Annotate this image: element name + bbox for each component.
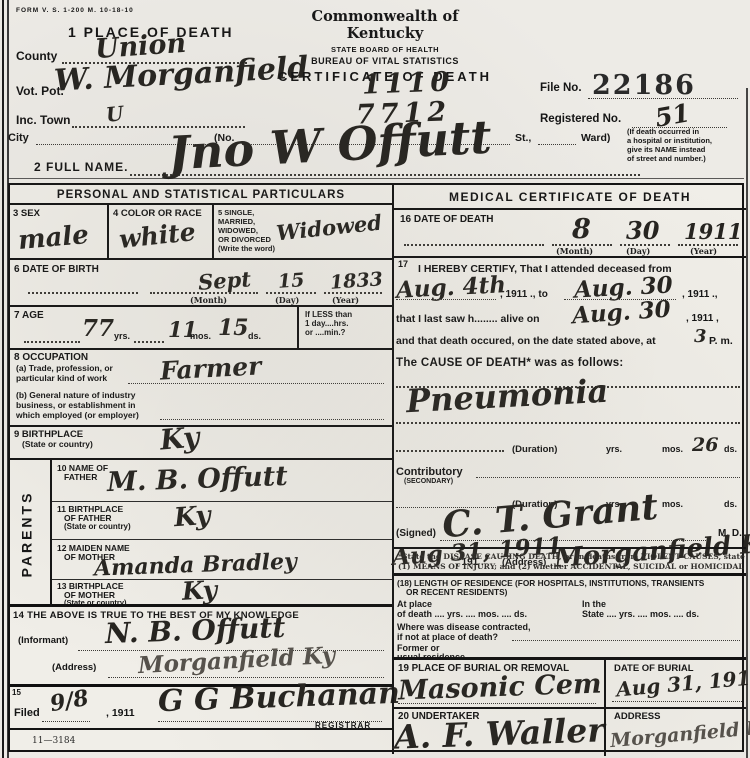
- informant-block: 14 THE ABOVE IS TRUE TO THE BEST OF MY K…: [10, 607, 392, 687]
- in-state-line1: In the: [582, 599, 606, 609]
- marital-label-line3: WIDOWED,: [218, 226, 275, 235]
- filed-label: Filed: [14, 707, 40, 719]
- occupation-b-line2: business, or establishment in: [16, 400, 136, 410]
- contributory-line: [476, 476, 740, 478]
- burial-date-cell: DATE OF BURIAL Aug 31, 1911: [604, 660, 748, 710]
- occupation-value: Farmer: [159, 353, 261, 383]
- certify-number: 17: [398, 259, 408, 269]
- age-line-2: [134, 341, 164, 343]
- father-name-value: M. B. Offutt: [107, 463, 289, 496]
- inc-town-label: Inc. Town: [16, 113, 70, 127]
- burial-place-cell: 19 PLACE OF BURIAL OR REMOVAL Masonic Ce…: [394, 660, 604, 710]
- attended-from-line: [396, 298, 496, 300]
- personal-section-bar: PERSONAL AND STATISTICAL PARTICULARS: [10, 185, 392, 205]
- marital-label-line1: 5 SINGLE,: [218, 208, 275, 217]
- father-name-cell: 10 NAME OF FATHER M. B. Offutt: [52, 460, 392, 502]
- father-name-label-line2: FATHER: [64, 472, 97, 482]
- informant-value: N. B. Offutt: [105, 614, 286, 648]
- secondary-label: (SECONDARY): [404, 478, 453, 485]
- dob-year-caption: (Year): [332, 295, 359, 305]
- city-label: City: [8, 132, 29, 144]
- less-than-day-cell: If LESS than 1 day....hrs. or ....min.?: [297, 307, 392, 350]
- county-label: County: [16, 49, 57, 63]
- marital-label-line5: (Write the word): [218, 244, 275, 253]
- stamp-number-bottom: 7712: [356, 98, 452, 128]
- dob-row: 6 DATE OF BIRTH Sept 15 1833 (Month) (Da…: [10, 260, 392, 307]
- cause-duration-label: (Duration): [512, 444, 557, 455]
- undertaker-address-label: ADDRESS: [614, 711, 660, 722]
- medical-column: MEDICAL CERTIFICATE OF DEATH 16 DATE OF …: [392, 185, 746, 754]
- less-than-line2: 1 day....hrs.: [305, 319, 392, 328]
- footnote-line2: (1) MEANS OF INJURY; and (2) whether ACC…: [394, 561, 746, 571]
- cause-duration-value: 26: [692, 436, 718, 455]
- burial-place-value: Masonic Cem: [398, 670, 602, 704]
- less-than-line3: or ....min.?: [305, 328, 392, 337]
- father-bp-value: Ky: [173, 503, 211, 531]
- hospital-note-line4: of street and number.): [627, 154, 743, 163]
- cause-line-2: [396, 422, 740, 424]
- medical-section-bar: MEDICAL CERTIFICATE OF DEATH: [394, 185, 746, 210]
- marital-cell: 5 SINGLE, MARRIED, WIDOWED, OR DIVORCED …: [212, 205, 392, 260]
- lastseen-value: Aug. 30: [571, 298, 671, 328]
- dod-month-value: 8: [572, 216, 591, 243]
- parents-block: PARENTS 10 NAME OF FATHER M. B. Offutt 1…: [10, 460, 392, 607]
- lastseen-year: , 1911 ,: [686, 313, 719, 324]
- sex-cell: 3 SEX male: [10, 205, 107, 260]
- contracted-line1: Where was disease contracted,: [397, 622, 531, 632]
- burial-date-line: [612, 700, 742, 702]
- lastseen-print: that I last saw h........ alive on: [396, 313, 540, 325]
- footnote-row: *State the DISEASE CAUSING DEATH, or in …: [394, 547, 746, 573]
- filed-row: 15 Filed 9/8 , 1911 G G Buchanan REGISTR…: [10, 687, 392, 730]
- marital-label-line4: OR DIVORCED: [218, 235, 275, 244]
- dob-label: 6 DATE OF BIRTH: [14, 264, 99, 275]
- cause-dur-ds: ds.: [724, 444, 737, 454]
- dod-label: 16 DATE OF DEATH: [400, 214, 494, 225]
- race-value: white: [118, 219, 197, 252]
- dod-row: 16 DATE OF DEATH 8 30 1911 (Month) (Day)…: [394, 210, 746, 258]
- death-certificate-scan: FORM V. S. 1-200 M. 10-18-10 1 PLACE OF …: [0, 0, 750, 758]
- occurred-print: and that death occured, on the date stat…: [396, 335, 656, 347]
- footnote-line1: *State the DISEASE CAUSING DEATH, or in …: [394, 549, 746, 561]
- medical-section-title: MEDICAL CERTIFICATE OF DEATH: [449, 190, 691, 204]
- header-separator-hairline: [8, 178, 744, 179]
- dob-line-3: [266, 292, 316, 294]
- sex-label: 3 SEX: [13, 208, 40, 219]
- at-place-line2: of death .... yrs. .... mos. .... ds.: [397, 609, 527, 619]
- residence-heading-line2: OR RECENT RESIDENTS): [406, 587, 507, 597]
- hospital-note-line1: (If death occurred in: [627, 127, 743, 136]
- inc-town-value: U: [105, 103, 124, 125]
- filed-date-line: [42, 720, 90, 722]
- personal-section-title: PERSONAL AND STATISTICAL PARTICULARS: [57, 189, 345, 201]
- form-number: FORM V. S. 1-200 M. 10-18-10: [16, 7, 134, 14]
- occupation-b-line3: which employed (or employer): [16, 410, 139, 420]
- hospital-note: (If death occurred in a hospital or inst…: [627, 127, 743, 163]
- city-st-label: St.,: [515, 132, 531, 144]
- death-time-value: 3: [694, 328, 707, 346]
- contributory-dur-ds: ds.: [724, 499, 737, 509]
- dod-year-caption: (Year): [690, 246, 717, 256]
- scan-spine-line-outer: [2, 0, 4, 758]
- age-days-value: 15: [218, 317, 249, 339]
- stamp-number-top: 1110: [362, 68, 454, 98]
- dob-day-caption: (Day): [275, 295, 299, 305]
- hospital-note-line3: give its NAME instead: [627, 145, 743, 154]
- registrar-label: REGISTRAR: [315, 721, 371, 730]
- dod-month-caption: (Month): [556, 246, 593, 256]
- dob-day-value: 15: [277, 271, 305, 292]
- age-label: 7 AGE: [14, 310, 44, 321]
- father-birthplace-cell: 11 BIRTHPLACE OF FATHER (State or countr…: [52, 502, 392, 540]
- cause-dur-yrs: yrs.: [606, 444, 622, 454]
- registered-no-value: 51: [653, 100, 692, 131]
- filed-year-print: , 1911: [106, 707, 135, 719]
- commonwealth-title: Commonwealth of Kentucky: [272, 8, 498, 42]
- age-ds-unit: ds.: [248, 331, 261, 341]
- undertaker-cell: 20 UNDERTAKER A. F. Waller: [394, 709, 604, 756]
- city-ward-label: Ward): [581, 132, 610, 144]
- birthplace-value: Ky: [159, 423, 201, 454]
- signed-label: (Signed): [396, 528, 436, 539]
- occupation-a-line1: (a) Trade, profession, or: [16, 363, 113, 373]
- birthplace-sub-label: (State or country): [22, 439, 93, 449]
- registered-no-label: Registered No.: [540, 113, 621, 125]
- mother-bp-label-line3: (State or country): [64, 598, 127, 607]
- parents-vertical-label: PARENTS: [18, 491, 34, 578]
- hospital-note-line2: a hospital or institution,: [627, 136, 743, 145]
- cause-label: The CAUSE OF DEATH* was as follows:: [396, 357, 624, 369]
- marital-label-line2: MARRIED,: [218, 217, 275, 226]
- mother-name-cell: 12 MAIDEN NAME OF MOTHER Amanda Bradley: [52, 540, 392, 580]
- attended-from-year: , 1911 ., to: [500, 289, 548, 300]
- dob-line-1: [28, 292, 138, 294]
- vitals-row: 3 SEX male 4 COLOR OR RACE white 5 SINGL…: [10, 205, 392, 260]
- undertaker-value: A. F. Waller: [393, 713, 605, 753]
- undertaker-row: 20 UNDERTAKER A. F. Waller ADDRESS Morga…: [394, 707, 746, 754]
- cause-value: Pneumonia: [405, 375, 609, 418]
- in-state-line2: State .... yrs. .... mos. .... ds.: [582, 609, 699, 619]
- at-place-line1: At place: [397, 599, 432, 609]
- city-st-line: [538, 143, 576, 145]
- file-no-label: File No.: [540, 82, 582, 94]
- state-board-title: STATE BOARD OF HEALTH: [272, 45, 498, 54]
- scan-right-edge-line: [746, 88, 748, 758]
- dod-year-value: 1911: [684, 221, 742, 242]
- certificate-table: PERSONAL AND STATISTICAL PARTICULARS 3 S…: [8, 183, 744, 752]
- occurred-tail: P. m.: [709, 335, 733, 347]
- age-yrs-unit: yrs.: [114, 331, 130, 341]
- cause-line-3: [396, 450, 504, 452]
- occupation-row: 8 OCCUPATION (a) Trade, profession, or p…: [10, 350, 392, 427]
- file-no-line: [588, 97, 738, 99]
- undertaker-address-cell: ADDRESS Morganfield Ky: [604, 709, 748, 756]
- undertaker-address-value: Morganfield Ky: [609, 718, 750, 751]
- contributory-dur-mos: mos.: [662, 499, 683, 509]
- occupation-b-line1: (b) General nature of industry: [16, 390, 136, 400]
- sex-value: male: [17, 222, 90, 254]
- contributory-label: Contributory: [396, 466, 463, 478]
- dob-month-caption: (Month): [190, 295, 227, 305]
- personal-column: PERSONAL AND STATISTICAL PARTICULARS 3 S…: [10, 185, 392, 754]
- contracted-line: [512, 639, 740, 641]
- age-years-value: 77: [82, 317, 114, 340]
- cause-dur-mos: mos.: [662, 444, 683, 454]
- occupation-a-line2: particular kind of work: [16, 373, 107, 383]
- occupation-label: 8 OCCUPATION: [14, 352, 88, 363]
- race-cell: 4 COLOR OR RACE white: [107, 205, 212, 260]
- dob-month-value: Sept: [197, 268, 251, 293]
- age-row: 7 AGE 77 yrs. 11 mos. 15 ds. If LESS tha…: [10, 307, 392, 350]
- bureau-title: BUREAU OF VITAL STATISTICS: [272, 56, 498, 66]
- contracted-line2: if not at place of death?: [397, 632, 498, 642]
- mother-birthplace-cell: 13 BIRTHPLACE OF MOTHER (State or countr…: [52, 580, 392, 607]
- age-line-1: [24, 341, 80, 343]
- filed-number: 15: [12, 688, 21, 697]
- informant-address-label: (Address): [52, 662, 96, 673]
- precinct-value: W. Morganfield: [53, 53, 309, 96]
- registrar-signature: G G Buchanan: [158, 679, 401, 717]
- mother-bp-value: Ky: [181, 577, 217, 604]
- certify-block: 17 I HEREBY CERTIFY, That I attended dec…: [394, 258, 746, 547]
- burial-place-line: [398, 702, 596, 704]
- burial-row: 19 PLACE OF BURIAL OR REMOVAL Masonic Ce…: [394, 657, 746, 707]
- dob-year-value: 1833: [329, 270, 383, 293]
- age-mos-unit: mos.: [190, 331, 211, 341]
- dod-day-value: 30: [626, 219, 659, 243]
- dod-line-1: [404, 244, 544, 246]
- father-bp-label-line3: (State or country): [64, 522, 131, 531]
- filed-date-value: 9/8: [48, 687, 90, 715]
- plate-number: 11—3184: [32, 736, 75, 746]
- informant-label: (Informant): [18, 635, 68, 646]
- dod-day-caption: (Day): [626, 246, 650, 256]
- full-name-label: 2 FULL NAME.: [34, 160, 128, 174]
- marital-value: Widowed: [275, 212, 383, 244]
- parents-vertical-cell: PARENTS: [10, 460, 52, 607]
- attended-to-year: , 1911 .,: [682, 289, 718, 300]
- birthplace-row: 9 BIRTHPLACE (State or country) Ky: [10, 427, 392, 460]
- less-than-line1: If LESS than: [305, 310, 392, 319]
- residence-row: (18) LENGTH OF RESIDENCE (FOR HOSPITALS,…: [394, 573, 746, 657]
